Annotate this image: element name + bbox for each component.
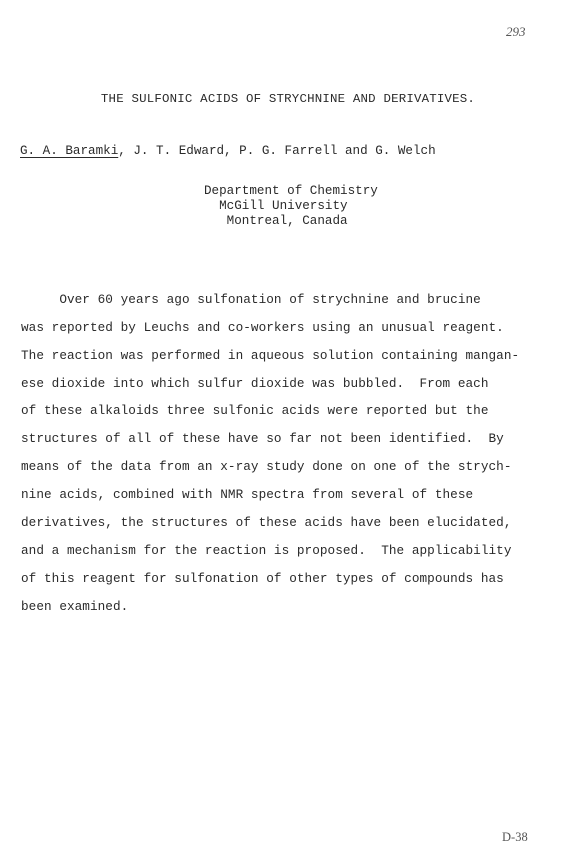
page-number: 293 <box>506 24 526 40</box>
abstract-line: ese dioxide into which sulfur dioxide wa… <box>21 376 489 391</box>
presenting-author: G. A. Baramki <box>20 144 118 158</box>
abstract-line: of these alkaloids three sulfonic acids … <box>21 403 489 418</box>
co-authors: , J. T. Edward, P. G. Farrell and G. Wel… <box>118 144 435 158</box>
abstract-line: Over 60 years ago sulfonation of strychn… <box>21 292 481 307</box>
document-title: THE SULFONIC ACIDS OF STRYCHNINE AND DER… <box>0 92 576 106</box>
abstract-line: was reported by Leuchs and co-workers us… <box>21 320 504 335</box>
abstract-line: been examined. <box>21 599 128 614</box>
affiliation-university: McGill University <box>204 199 348 213</box>
affiliation-department: Department of Chemistry <box>204 184 378 198</box>
affiliation-location: Montreal, Canada <box>204 214 348 228</box>
abstract-line: of this reagent for sulfonation of other… <box>21 571 504 586</box>
abstract-line: means of the data from an x-ray study do… <box>21 459 511 474</box>
abstract-line: derivatives, the structures of these aci… <box>21 515 511 530</box>
footer-code: D-38 <box>502 830 528 845</box>
abstract-line: and a mechanism for the reaction is prop… <box>21 543 511 558</box>
abstract-line: nine acids, combined with NMR spectra fr… <box>21 487 473 502</box>
abstract-line: The reaction was performed in aqueous so… <box>21 348 519 363</box>
author-line: G. A. Baramki, J. T. Edward, P. G. Farre… <box>20 144 436 158</box>
abstract-line: structures of all of these have so far n… <box>21 431 504 446</box>
